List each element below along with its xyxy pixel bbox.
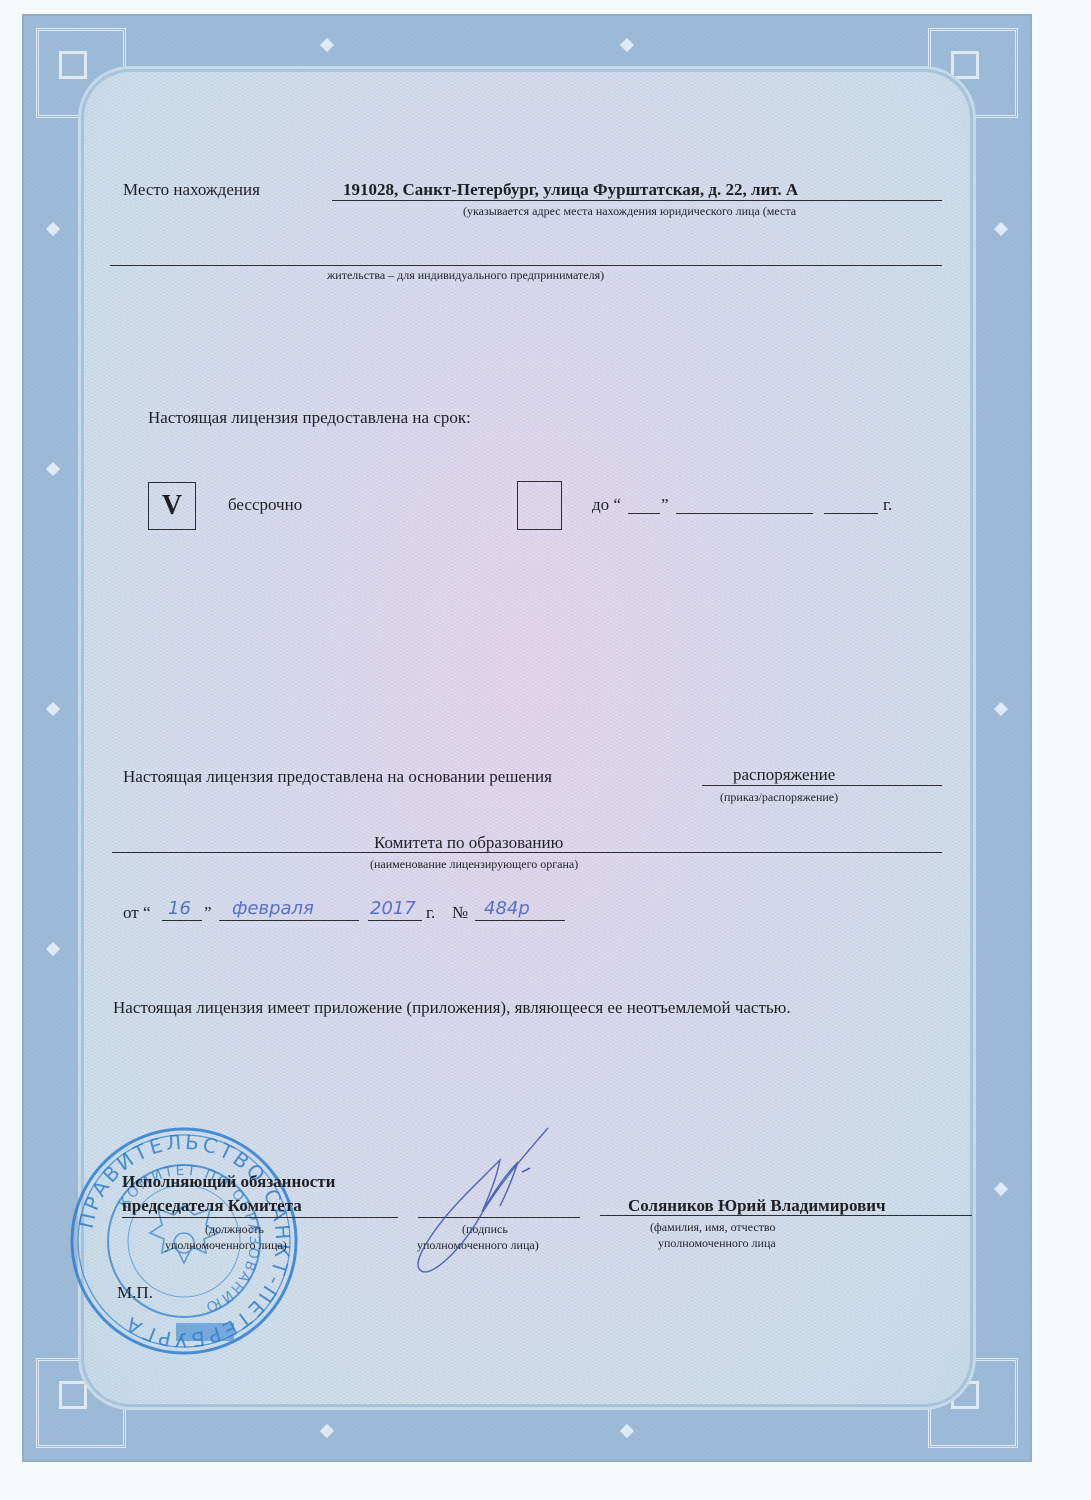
term-heading: Настоящая лицензия предоставлена на срок… bbox=[148, 408, 471, 428]
authority-underline bbox=[112, 852, 942, 853]
month-underline bbox=[219, 920, 359, 921]
until-day-blank bbox=[628, 513, 660, 514]
number-underline bbox=[475, 920, 565, 921]
name-hint-line1: (фамилия, имя, отчество bbox=[650, 1220, 775, 1235]
until-year-blank bbox=[824, 513, 878, 514]
location-hint-2: жительства – для индивидуального предпри… bbox=[327, 268, 604, 283]
checkbox-until-date[interactable] bbox=[517, 481, 562, 530]
decision-number: 484р bbox=[484, 898, 530, 919]
stamp-place-label: М.П. bbox=[117, 1283, 153, 1303]
location-label: Место нахождения bbox=[123, 180, 260, 200]
decision-type-hint: (приказ/распоряжение) bbox=[720, 790, 838, 805]
decision-year: 2017 bbox=[370, 898, 416, 919]
number-sign: № bbox=[452, 903, 468, 923]
until-year-suffix: г. bbox=[883, 495, 892, 515]
until-month-blank bbox=[676, 513, 813, 514]
date-prefix: от “ bbox=[123, 903, 151, 923]
label-indefinite: бессрочно bbox=[228, 495, 302, 515]
decision-month: февраля bbox=[232, 898, 314, 919]
name-underline bbox=[600, 1215, 972, 1216]
year-underline bbox=[368, 920, 422, 921]
decision-day: 16 bbox=[168, 898, 191, 919]
decision-type-underline bbox=[702, 785, 942, 786]
checkbox-indefinite[interactable]: V bbox=[148, 482, 196, 530]
position-underline bbox=[122, 1217, 398, 1218]
until-prefix: до “ bbox=[592, 495, 621, 515]
location-underline bbox=[332, 200, 942, 201]
check-mark-icon: V bbox=[149, 490, 195, 522]
handwritten-signature bbox=[400, 1120, 580, 1290]
appendix-note: Настоящая лицензия имеет приложение (при… bbox=[113, 998, 791, 1018]
basis-heading: Настоящая лицензия предоставлена на осно… bbox=[123, 767, 552, 787]
day-underline bbox=[162, 920, 202, 921]
position-hint-line1: (должность bbox=[205, 1222, 264, 1237]
year-suffix: г. bbox=[426, 903, 435, 923]
date-quote-close: ” bbox=[204, 903, 212, 923]
signatory-name: Соляников Юрий Владимирович bbox=[628, 1196, 886, 1216]
decision-type: распоряжение bbox=[733, 765, 835, 785]
location-value: 191028, Санкт-Петербург, улица Фурштатск… bbox=[343, 180, 798, 200]
signatory-position-line1: Исполняющий обязанности bbox=[122, 1172, 335, 1192]
authority-hint: (наименование лицензирующего органа) bbox=[370, 857, 578, 872]
signatory-position-line2: председателя Комитета bbox=[122, 1196, 302, 1216]
location-hint: (указывается адрес места нахождения юрид… bbox=[463, 204, 796, 219]
licensing-authority: Комитета по образованию bbox=[374, 833, 563, 853]
location-underline-2 bbox=[110, 265, 942, 266]
name-hint-line2: уполномоченного лица bbox=[658, 1236, 776, 1251]
until-quote-close: ” bbox=[661, 495, 669, 515]
position-hint-line2: уполномоченного лица) bbox=[165, 1238, 287, 1253]
